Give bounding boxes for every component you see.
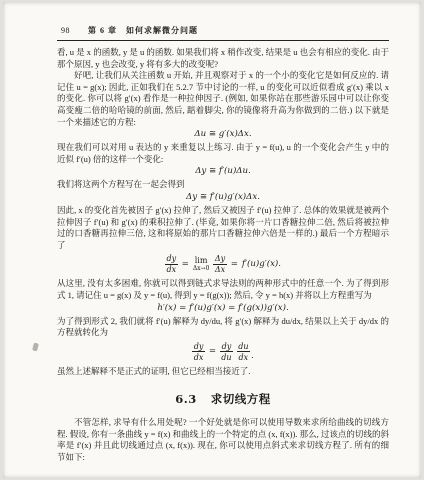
scan-artifact (32, 342, 39, 351)
fraction-numerator: Δy (213, 254, 226, 265)
paragraph-tangent-line: 不管怎样, 求导有什么用处呢? 一个好处就是你可以使用导数来求所给曲线的切线方程… (57, 417, 389, 463)
fraction-numerator: dy (220, 342, 233, 353)
fraction-dy-dx: dy dx (165, 254, 178, 274)
fraction-numerator: du (237, 342, 250, 353)
paragraph-closing-remark: 虽然上述解释不是正式的证明, 但它已经相当接近了. (57, 366, 389, 378)
equation-delta-combined: Δy ≅ f′(u)g′(x)Δx. (57, 192, 389, 203)
fraction-denominator: dx (166, 265, 176, 275)
limit-operator: lim Δx→0 (193, 257, 210, 272)
equals-sign: = (182, 259, 189, 270)
paragraph-form2: 为了得到形式 2, 我们就将 f′(u) 解释为 dy/du, 将 g′(x) … (57, 316, 389, 339)
equation-rhs: f′(u)g′(x). (242, 259, 281, 270)
paragraph-gum-analogy: 因此, x 的变化首先被因子 g′(x) 拉伸了, 然后又被因子 f′(u) 拉… (57, 205, 389, 251)
equation-form2: dy dx = dy du du dx . (57, 342, 389, 362)
equation-form1: h′(x) = f′(u)g′(x) = f′(g(x))g′(x). (57, 303, 389, 314)
equation-chain-limit: dy dx = lim Δx→0 Δy Δx = f′(u)g′(x). (57, 254, 389, 274)
fraction-du-dx: du dx (237, 342, 250, 362)
paragraph-repeat-exercise: 现在我们可以对用 u 表达的 y 来重复以上练习. 由于 y = f(u), u… (57, 142, 389, 165)
paragraph-two-forms: 从这里, 没有太多困难, 你就可以得到链式求导法则的两种形式中的任意一个. 为了… (57, 278, 389, 301)
lim-subscript: Δx→0 (193, 266, 210, 272)
equals-sign: = (231, 259, 238, 270)
page-number: 98 (61, 26, 70, 36)
fraction-denominator: dx (194, 352, 204, 362)
equation-delta-y: Δy ≅ f′(u)Δu. (57, 166, 389, 177)
fraction-denominator: dx (239, 352, 249, 362)
fraction-numerator: dy (192, 342, 205, 353)
page-content: 98 第 6 章 如何求解微分问题 看, u 是 x 的函数, y 是 u 的函… (57, 26, 389, 464)
equation-delta-u: Δu ≅ g′(x)Δx. (57, 129, 389, 140)
equals-sign: = (209, 346, 216, 357)
fraction-denominator: du (221, 352, 231, 362)
section-title: 求切线方程 (211, 394, 271, 406)
equation-period: . (251, 351, 254, 362)
fraction-denominator: Δx (215, 265, 225, 275)
section-heading: 6.3求切线方程 (57, 391, 389, 407)
paragraph-combine: 我们将这两个方程写在一起会得到 (57, 179, 389, 191)
book-page: 98 第 6 章 如何求解微分问题 看, u 是 x 的函数, y 是 u 的函… (3, 2, 421, 478)
fraction-dy-du: dy du (220, 342, 233, 362)
fraction-dy-dx: dy dx (192, 342, 205, 362)
page-header: 98 第 6 章 如何求解微分问题 (57, 26, 389, 41)
lim-label: lim (195, 257, 208, 265)
fraction-delta-y-delta-x: Δy Δx (213, 254, 226, 274)
paragraph-intro: 看, u 是 x 的函数, y 是 u 的函数. 如果我们将 x 稍作改变, 结… (57, 47, 389, 70)
paragraph-stretch-factor: 好吧, 让我们从关注函数 u 开始, 并且观察对于 x 的一个小的变化它是如何反… (57, 70, 389, 128)
section-number: 6.3 (175, 392, 197, 406)
chapter-title: 第 6 章 如何求解微分问题 (88, 26, 198, 36)
fraction-numerator: dy (165, 254, 178, 265)
